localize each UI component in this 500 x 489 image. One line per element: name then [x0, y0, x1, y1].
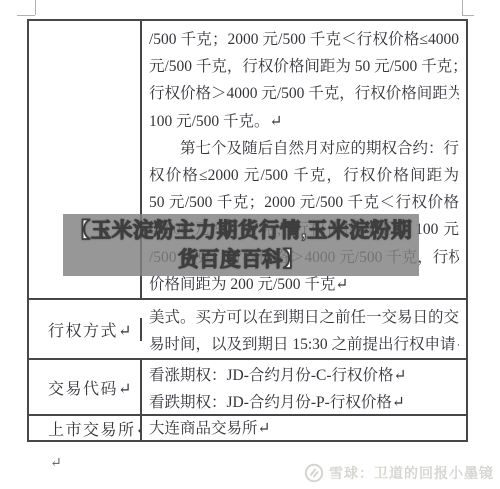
- table-row-exercise-style: 行权方式↵ 美式。买方可以在到期日之前任一交易日的交 易时间，以及到期日 15:…: [29, 298, 466, 358]
- exercise-style-cell: 美式。买方可以在到期日之前任一交易日的交 易时间，以及到期日 15:30 之前提…: [142, 301, 466, 358]
- row-label-trade-code: 交易代码↵: [29, 360, 142, 414]
- row-label-exercise-style: 行权方式↵: [29, 318, 142, 341]
- cell-text-line: 看跌期权：JD-合约月份-P-行权价格↵: [149, 389, 459, 414]
- title-overlay-banner: 【玉米淀粉主力期货行情,玉米淀粉期 货百度百科】: [63, 214, 419, 276]
- cropmark-top-right-horizontal: [462, 15, 474, 16]
- cell-text-line: 50 元/500 千克；2000 元/500 千克＜行权价格: [149, 189, 459, 216]
- watermark: 雪球：卫道的回报小墨镜: [304, 461, 494, 485]
- cell-text-line: 第七个及随后自然月对应的期权合约：行: [149, 135, 459, 162]
- cell-text-line: /500 千克；2000 元/500 千克＜行权价格≤4000: [149, 26, 459, 53]
- cell-text-line: 美式。买方可以在到期日之前任一交易日的交: [149, 304, 459, 331]
- cell-text-line: 权价格≤2000 元/500 千克，行权价格间距为: [149, 162, 459, 189]
- cell-text-line: 大连商品交易所↵: [149, 417, 459, 440]
- overlay-title-line-2: 货百度百科】: [178, 245, 304, 274]
- cropmark-top-right-vertical: [462, 0, 463, 15]
- cropmark-top-left-vertical: [35, 0, 36, 15]
- table-row-listing-exchange: 上市交易所↵ 大连商品交易所↵: [29, 414, 466, 440]
- xueqiu-logo-icon: [304, 463, 324, 483]
- watermark-text: 雪球：卫道的回报小墨镜: [329, 463, 494, 483]
- row-label-listing-exchange: 上市交易所↵: [29, 416, 142, 440]
- listing-exchange-cell: 大连商品交易所↵: [142, 416, 466, 440]
- trade-code-cell: 看涨期权：JD-合约月份-C-行权价格↵ 看跌期权：JD-合约月份-P-行权价格…: [142, 360, 466, 414]
- cell-text-line: 看涨期权：JD-合约月份-C-行权价格↵: [149, 362, 459, 389]
- table-row-trade-code: 交易代码↵ 看涨期权：JD-合约月份-C-行权价格↵ 看跌期权：JD-合约月份-…: [29, 358, 466, 414]
- cell-text-line: 行权价格＞4000 元/500 千克，行权价格间距为: [149, 80, 459, 107]
- cell-text-line: 元/500 千克，行权价格间距为 50 元/500 千克；: [149, 53, 459, 80]
- paragraph-return-mark: ↵: [50, 455, 62, 472]
- cell-text-line: 100 元/500 千克。↵: [149, 108, 459, 135]
- overlay-title-line-1: 【玉米淀粉主力期货行情,玉米淀粉期: [70, 216, 412, 245]
- cell-text-line: 易时间，以及到期日 15:30 之前提出行权申请↵: [149, 331, 459, 358]
- cropmark-top-left-horizontal: [17, 15, 35, 16]
